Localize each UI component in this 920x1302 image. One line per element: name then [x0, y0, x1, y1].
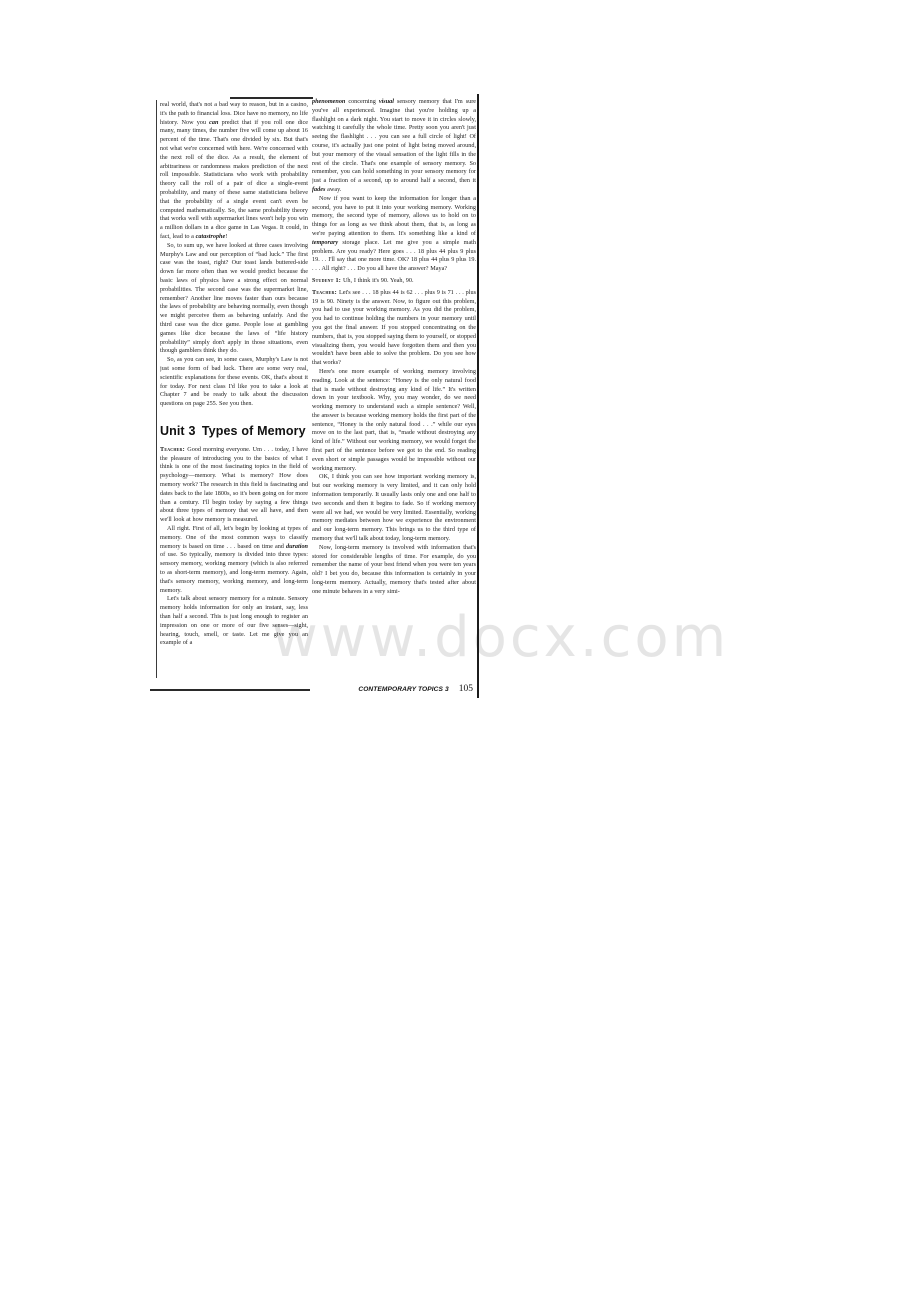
- emphasized-word: phenomenon: [312, 98, 345, 105]
- paragraph: So, to sum up, we have looked at three c…: [160, 242, 308, 356]
- paragraph: OK, I think you can see how important wo…: [312, 473, 476, 543]
- left-text-column: real world, that's not a bad way to reas…: [160, 101, 308, 689]
- paragraph: Let's talk about sensory memory for a mi…: [160, 595, 308, 648]
- top-rule: [230, 97, 313, 99]
- scanned-document-page: real world, that's not a bad way to reas…: [155, 88, 481, 702]
- paragraph: All right. First of all, let's begin by …: [160, 525, 308, 595]
- emphasized-word: fades: [312, 186, 325, 193]
- emphasized-word: visual: [379, 98, 394, 105]
- paragraph: phenomenon concerning visual sensory mem…: [312, 98, 476, 195]
- bottom-rule: [150, 689, 310, 691]
- speaker-label: Student 1:: [312, 277, 343, 284]
- book-title: CONTEMPORARY TOPICS 3: [358, 686, 448, 693]
- right-text-column: phenomenon concerning visual sensory mem…: [312, 98, 476, 680]
- left-page-border: [156, 100, 157, 678]
- paragraph: Now, long-term memory is involved with i…: [312, 544, 476, 597]
- unit-heading: Unit 3 Types of Memory: [160, 424, 308, 438]
- paragraph: Teacher: Good morning everyone. Um . . .…: [160, 446, 308, 525]
- page-number: 105: [459, 684, 473, 694]
- emphasized-word: temporary: [312, 239, 338, 246]
- right-page-border: [477, 94, 479, 698]
- emphasized-word: catastrophe: [196, 233, 226, 240]
- paragraph: Teacher: Let's see . . . 18 plus 44 is 6…: [312, 289, 476, 368]
- speaker-label: Teacher:: [312, 289, 339, 296]
- paragraph: real world, that's not a bad way to reas…: [160, 101, 308, 242]
- page-footer: CONTEMPORARY TOPICS 3105: [305, 678, 473, 696]
- paragraph: Student 1: Uh, I think it's 90. Yeah, 90…: [312, 277, 476, 286]
- speaker-label: Teacher:: [160, 446, 187, 453]
- paragraph: So, as you can see, in some cases, Murph…: [160, 356, 308, 409]
- emphasized-word: duration: [286, 543, 308, 550]
- emphasized-word: can: [209, 119, 218, 126]
- paragraph: Here's one more example of working memor…: [312, 368, 476, 474]
- paragraph: Now if you want to keep the information …: [312, 195, 476, 274]
